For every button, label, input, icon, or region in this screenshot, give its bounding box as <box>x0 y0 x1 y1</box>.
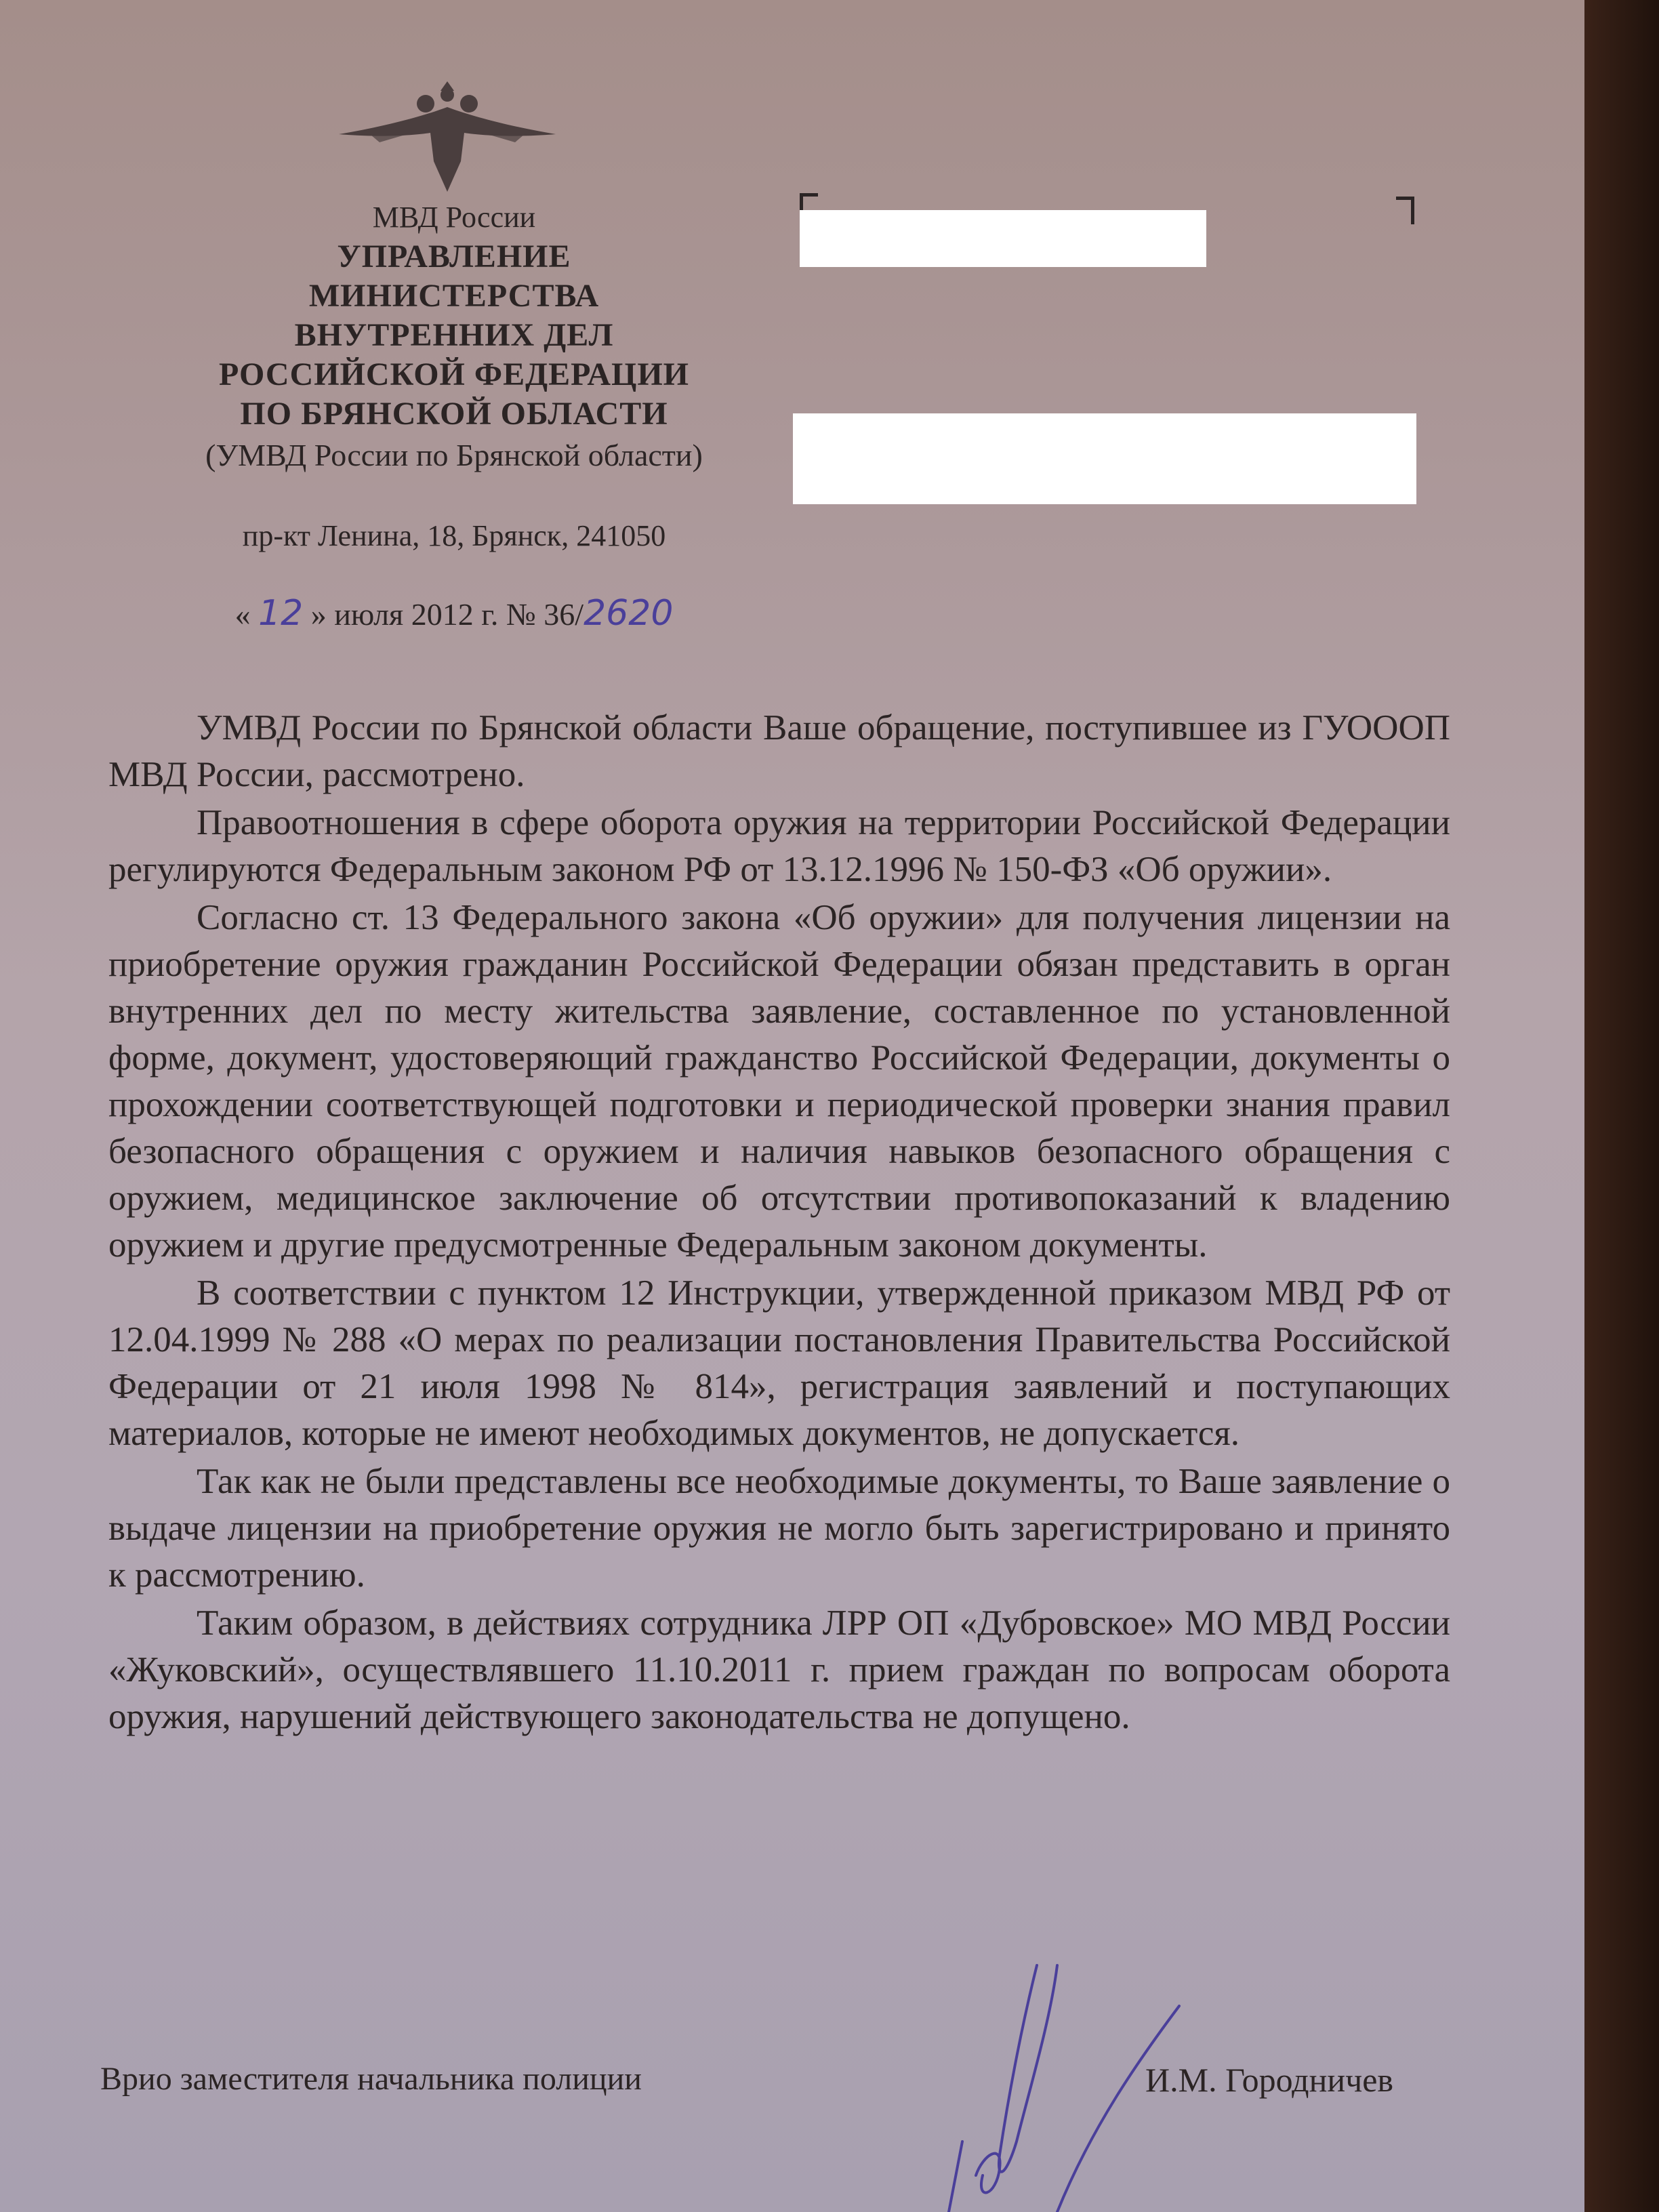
address-corner-mark-right <box>1396 197 1414 224</box>
department-line: ПО БРЯНСКОЙ ОБЛАСТИ <box>156 394 752 434</box>
body-paragraph: Так как не были представлены все необход… <box>108 1458 1450 1599</box>
address-text: пр-кт Ленина, 18, Брянск, 241050 <box>156 518 752 553</box>
letter-body: УМВД России по Брянской области Ваше обр… <box>108 705 1450 1742</box>
ministry-name: МВД России <box>156 200 752 234</box>
handwritten-day: 12 <box>258 593 303 634</box>
department-address: пр-кт Ленина, 18, Брянск, 241050 <box>156 518 752 553</box>
body-paragraph: Согласно ст. 13 Федерального закона «Об … <box>108 895 1450 1269</box>
signatory-role: Врио заместителя начальника полиции <box>100 2060 642 2097</box>
letter-number-label: № 36/ <box>506 597 583 632</box>
double-headed-eagle-emblem <box>339 80 556 195</box>
body-paragraph: Правоотношения в сфере оборота оружия на… <box>108 800 1450 893</box>
body-paragraph: УМВД России по Брянской области Ваше обр… <box>108 705 1450 798</box>
handwritten-number: 2620 <box>583 593 673 634</box>
department-line: ВНУТРЕННИХ ДЕЛ <box>156 316 752 355</box>
department-title: УПРАВЛЕНИЕ МИНИСТЕРСТВА ВНУТРЕННИХ ДЕЛ Р… <box>156 237 752 434</box>
body-paragraph: Таким образом, в действиях сотрудника ЛР… <box>108 1600 1450 1740</box>
table-edge-background <box>1584 0 1659 2212</box>
ministry-label: МВД России <box>156 200 752 234</box>
date-open-quote: « <box>235 597 251 632</box>
signatory-name: И.М. Городничев <box>1145 2060 1393 2100</box>
department-line: УПРАВЛЕНИЕ <box>156 237 752 276</box>
department-line: МИНИСТЕРСТВА <box>156 276 752 316</box>
abbreviation-text: (УМВД России по Брянской области) <box>156 437 752 473</box>
department-abbreviation: (УМВД России по Брянской области) <box>156 437 752 473</box>
redacted-recipient-address <box>793 413 1416 504</box>
body-paragraph: В соответствии с пунктом 12 Инструкции, … <box>108 1270 1450 1457</box>
date-close-quote: » <box>311 597 327 632</box>
department-line: РОССИЙСКОЙ ФЕДЕРАЦИИ <box>156 355 752 394</box>
redacted-recipient-name <box>800 210 1206 267</box>
letter-date-number: « 12 » июля 2012 г. № 36/2620 <box>156 593 752 634</box>
date-month-year: июля 2012 г. <box>334 597 498 632</box>
